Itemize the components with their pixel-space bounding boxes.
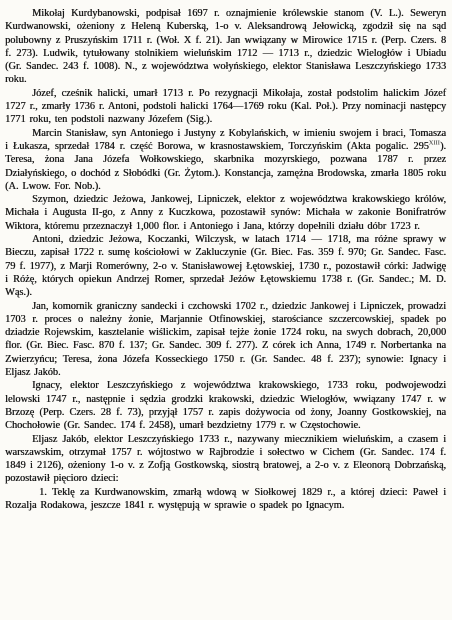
paragraph: Ignacy, elektor Leszczyńskiego z wojewód… (5, 379, 446, 432)
scanned-page: Mikołaj Kurdybanowski, podpisał 1697 r. … (0, 0, 452, 620)
paragraph: Jan, komornik graniczny sandecki i czcho… (5, 300, 446, 380)
paragraph: Mikołaj Kurdybanowski, podpisał 1697 r. … (5, 7, 446, 87)
numbered-list-item: 1. Teklę za Kurdwanowskim, zmarłą wdową … (5, 486, 446, 513)
paragraph: Antoni, dziedzic Jeżowa, Koczanki, Wilcz… (5, 233, 446, 299)
paragraph: Eljasz Jakób, elektor Leszczyńskiego 173… (5, 433, 446, 486)
paragraph-text: Marcin Stanisław, syn Antoniego i Justyn… (5, 128, 446, 152)
paragraph: Szymon, dziedzic Jeżowa, Jankowej, Lipni… (5, 193, 446, 233)
citation-superscript: XIII (429, 140, 440, 147)
paragraph: Marcin Stanisław, syn Antoniego i Justyn… (5, 127, 446, 193)
paragraph: Józef, cześnik halicki, umarł 1713 r. Po… (5, 87, 446, 127)
